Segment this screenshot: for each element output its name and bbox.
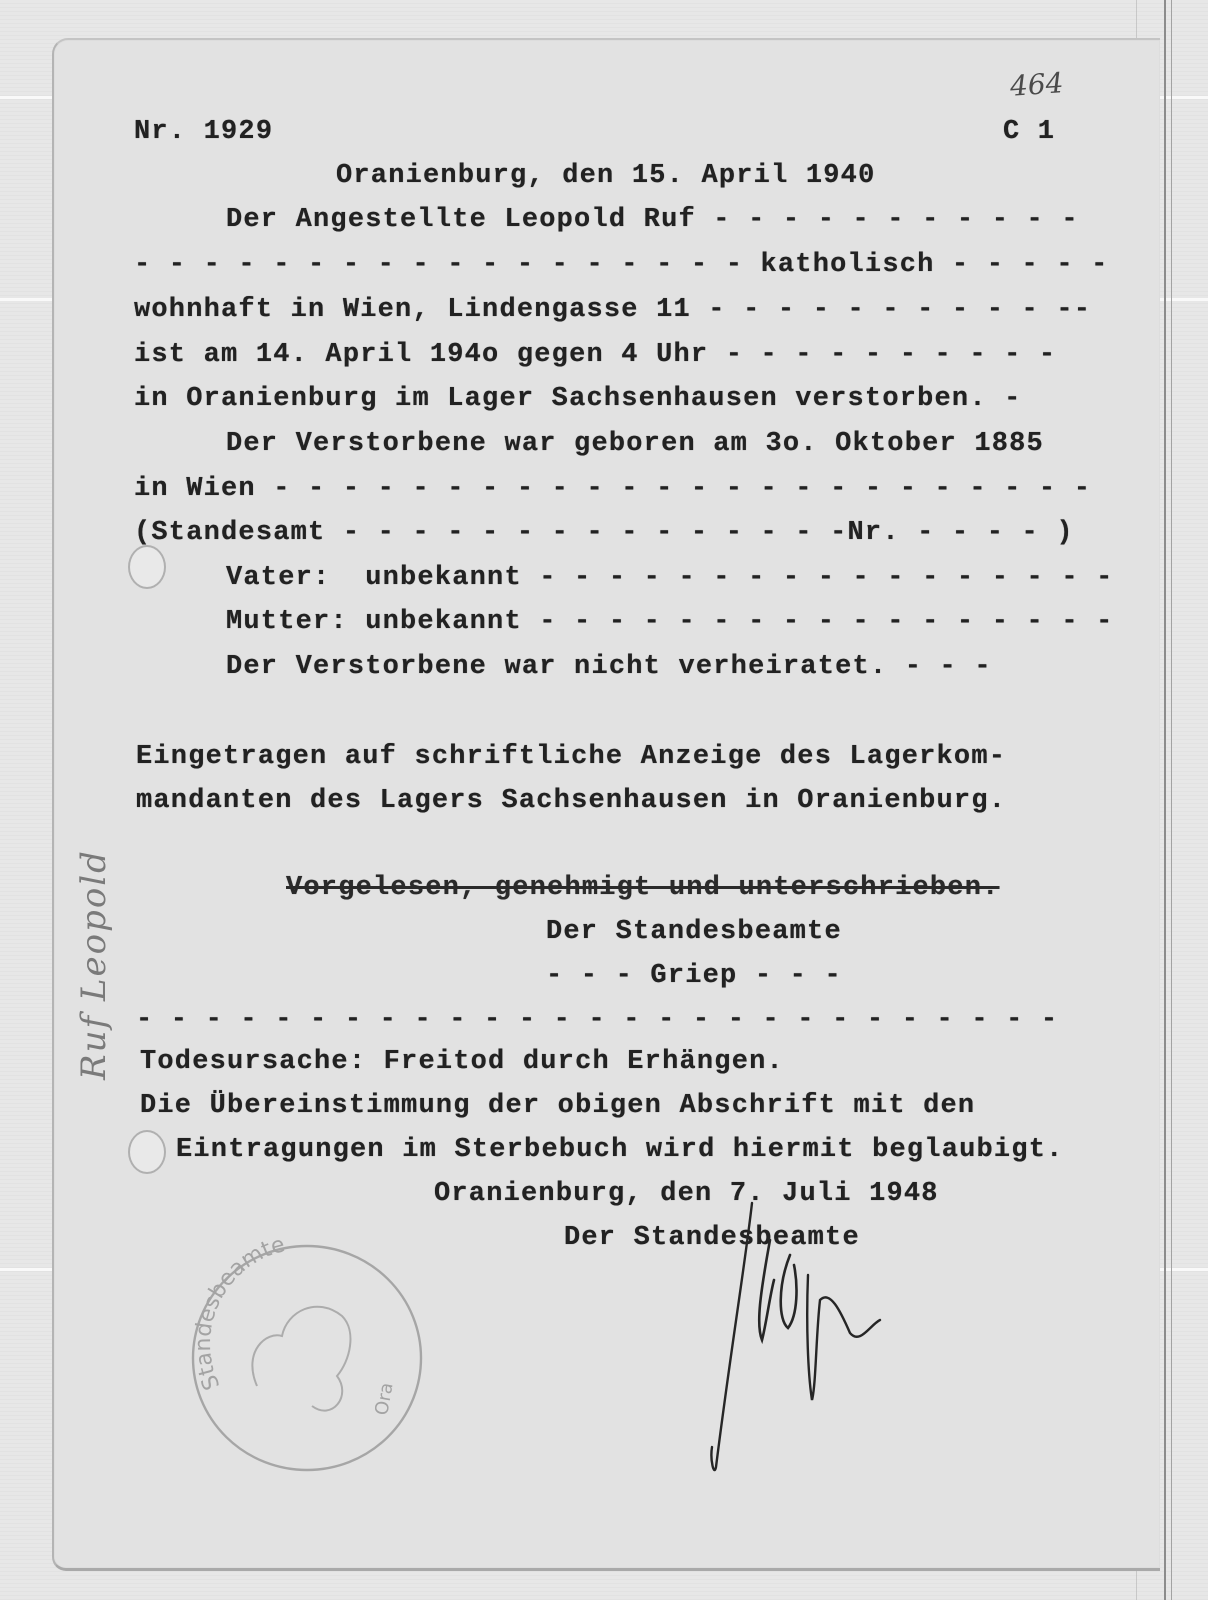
certification-line: Eintragungen im Sterbebuch wird hiermit … — [176, 1134, 1064, 1166]
cause-of-death: Todesursache: Freitod durch Erhängen. — [140, 1046, 784, 1078]
official-seal-stamp: Standesbeamte Ora — [182, 1236, 432, 1476]
entry-line-marital-status: Der Verstorbene war nicht verheiratet. -… — [226, 651, 992, 683]
section-separator: - - - - - - - - - - - - - - - - - - - - … — [136, 1004, 1058, 1036]
svg-text:Ora: Ora — [371, 1381, 397, 1417]
registration-note-line: Eingetragen auf schriftliche Anzeige des… — [136, 741, 1006, 773]
register-number: Nr. 1929 — [134, 116, 273, 148]
entry-line-death-date: ist am 14. April 194o gegen 4 Uhr - - - … — [134, 339, 1056, 371]
punch-hole — [128, 545, 166, 589]
scanner-edge-line — [1171, 0, 1172, 1600]
place-date-line: Oranienburg, den 15. April 1940 — [336, 160, 875, 192]
registrar-title: Der Standesbeamte — [546, 916, 842, 948]
entry-line-birth-date: Der Verstorbene war geboren am 3o. Oktob… — [226, 428, 1044, 460]
entry-line-death-place: in Oranienburg im Lager Sachsenhausen ve… — [134, 383, 1022, 415]
series-code: C 1 — [1003, 116, 1055, 148]
entry-line-name: Der Angestellte Leopold Ruf - - - - - - … — [226, 204, 1079, 236]
margin-handwritten-note: Ruf Leopold — [74, 849, 114, 1080]
entry-line-religion: - - - - - - - - - - - - - - - - - - kath… — [134, 249, 1109, 281]
entry-line-residence: wohnhaft in Wien, Lindengasse 11 - - - -… — [134, 294, 1091, 326]
entry-line-mother: Mutter: unbekannt - - - - - - - - - - - … — [226, 606, 1114, 638]
certification-line: Die Übereinstimmung der obigen Abschrift… — [140, 1090, 975, 1122]
struck-read-approved-signed: Vorgelesen, genehmigt und unterschrieben… — [286, 872, 1000, 904]
punch-hole — [128, 1130, 166, 1174]
entry-line-birth-place: in Wien - - - - - - - - - - - - - - - - … — [134, 473, 1091, 505]
registrar-name: - - - Griep - - - — [546, 960, 842, 992]
archive-page-number: 464 — [1009, 66, 1065, 103]
scanner-edge-line — [1164, 0, 1166, 1600]
registrar-signature — [690, 1185, 930, 1485]
entry-line-father: Vater: unbekannt - - - - - - - - - - - -… — [226, 562, 1114, 594]
svg-text:Standesbeamte: Standesbeamte — [191, 1236, 288, 1393]
entry-line-registry-office: (Standesamt - - - - - - - - - - - - - - … — [134, 517, 1074, 549]
registration-note-line: mandanten des Lagers Sachsenhausen in Or… — [136, 785, 1006, 817]
